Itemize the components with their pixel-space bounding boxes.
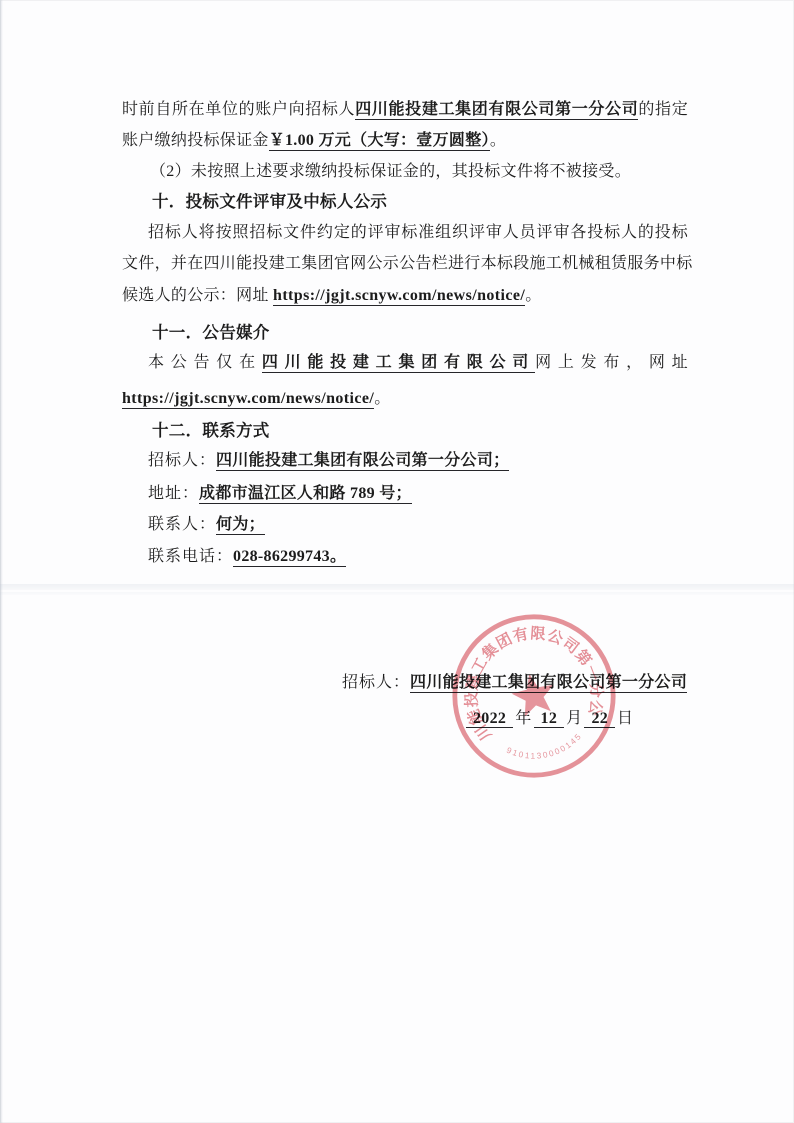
contact-value: 028-86299743。 — [233, 548, 346, 567]
date-day-unit: 日 — [617, 710, 633, 727]
scan-edge-artifact — [0, 0, 3, 1123]
section-heading-12: 十二．联系方式 — [152, 420, 270, 442]
section-heading-11: 十一．公告媒介 — [152, 322, 270, 344]
body-text: 。 — [525, 287, 541, 304]
body-text: 。 — [490, 132, 506, 149]
seal-serial-number: 9101130000145 — [504, 730, 587, 768]
body-text: （2）未按照上述要求缴纳投标保证金的，其投标文件将不被接受。 — [150, 163, 631, 180]
paragraph-line: 本公告仅在四川能投建工集团有限公司网上发布，网址 — [148, 352, 688, 374]
contact-row-phone: 联系电话：028-86299743。 — [148, 546, 346, 568]
paragraph-line: https://jgjt.scnyw.com/news/notice/。 — [122, 388, 391, 410]
contact-label: 地址： — [148, 485, 199, 502]
body-text: 本公告仅在 — [148, 354, 262, 371]
paragraph-line: 候选人的公示：网址 https://jgjt.scnyw.com/news/no… — [122, 285, 542, 307]
company-seal-stamp: 四川能投建工集团有限公司第一分公司 9101130000145 — [447, 609, 621, 783]
signature-company: 四川能投建工集团有限公司第一分公司 — [410, 674, 687, 693]
date-day: 22 — [584, 710, 615, 728]
date-year: 2022 — [466, 710, 513, 728]
body-text: 的指定 — [638, 101, 688, 118]
paragraph-line: 时前自所在单位的账户向招标人四川能投建工集团有限公司第一分公司的指定 — [122, 99, 688, 121]
heading-text: 十．投标文件评审及中标人公示 — [152, 192, 387, 211]
seal-icon: 四川能投建工集团有限公司第一分公司 9101130000145 — [447, 609, 621, 783]
body-text: 候选人的公示：网址 — [122, 287, 273, 304]
svg-text:9101130000145: 9101130000145 — [504, 730, 587, 768]
date-month: 12 — [534, 710, 565, 728]
contact-label: 招标人： — [148, 452, 216, 469]
notice-url: https://jgjt.scnyw.com/news/notice/ — [122, 390, 374, 409]
bid-bond-amount: ￥1.00 万元（大写：壹万圆整） — [269, 132, 490, 151]
contact-row-person: 联系人：何为； — [148, 514, 265, 536]
contact-label: 联系电话： — [148, 548, 233, 565]
scan-line-artifact — [0, 592, 794, 595]
contact-label: 联系人： — [148, 516, 216, 533]
paragraph-line: 账户缴纳投标保证金￥1.00 万元（大写：壹万圆整）。 — [122, 130, 506, 152]
body-text: 账户缴纳投标保证金 — [122, 132, 269, 149]
paragraph-line: 招标人将按照招标文件约定的评审标准组织评审人员评审各投标人的投标 — [148, 222, 688, 244]
seal-ring — [447, 609, 621, 783]
scan-line-artifact — [0, 584, 794, 590]
contact-value: 成都市温江区人和路 789 号； — [199, 485, 412, 504]
signature-date-line: 2022年12月22日 — [466, 708, 635, 730]
date-year-unit: 年 — [515, 710, 531, 727]
contact-value: 四川能投建工集团有限公司第一分公司； — [216, 452, 509, 471]
heading-text: 十二．联系方式 — [152, 421, 270, 440]
signature-line: 招标人：四川能投建工集团有限公司第一分公司 — [342, 672, 687, 694]
body-text: 网上发布，网址 — [535, 354, 688, 371]
paragraph-line: 文件，并在四川能投建工集团官网公示公告栏进行本标段施工机械租赁服务中标 — [122, 253, 688, 275]
document-page: 时前自所在单位的账户向招标人四川能投建工集团有限公司第一分公司的指定 账户缴纳投… — [0, 0, 794, 1123]
heading-text: 十一．公告媒介 — [152, 323, 270, 342]
date-month-unit: 月 — [566, 710, 582, 727]
section-heading-10: 十．投标文件评审及中标人公示 — [152, 191, 387, 213]
company-name-emphasis: 四川能投建工集团有限公司 — [262, 354, 535, 373]
body-text: 招标人将按照招标文件约定的评审标准组织评审人员评审各投标人的投标 — [148, 224, 688, 241]
paragraph-line: （2）未按照上述要求缴纳投标保证金的，其投标文件将不被接受。 — [150, 161, 631, 183]
contact-value: 何为； — [216, 516, 265, 535]
body-text: 。 — [374, 390, 390, 407]
contact-row-tenderer: 招标人：四川能投建工集团有限公司第一分公司； — [148, 450, 509, 472]
signature-label: 招标人： — [342, 674, 410, 691]
notice-url: https://jgjt.scnyw.com/news/notice/ — [273, 287, 525, 306]
body-text: 时前自所在单位的账户向招标人 — [122, 101, 355, 118]
body-text: 文件，并在四川能投建工集团官网公示公告栏进行本标段施工机械租赁服务中标 — [122, 255, 693, 272]
company-name-emphasis: 四川能投建工集团有限公司第一分公司 — [355, 101, 638, 120]
contact-row-address: 地址：成都市温江区人和路 789 号； — [148, 483, 412, 505]
